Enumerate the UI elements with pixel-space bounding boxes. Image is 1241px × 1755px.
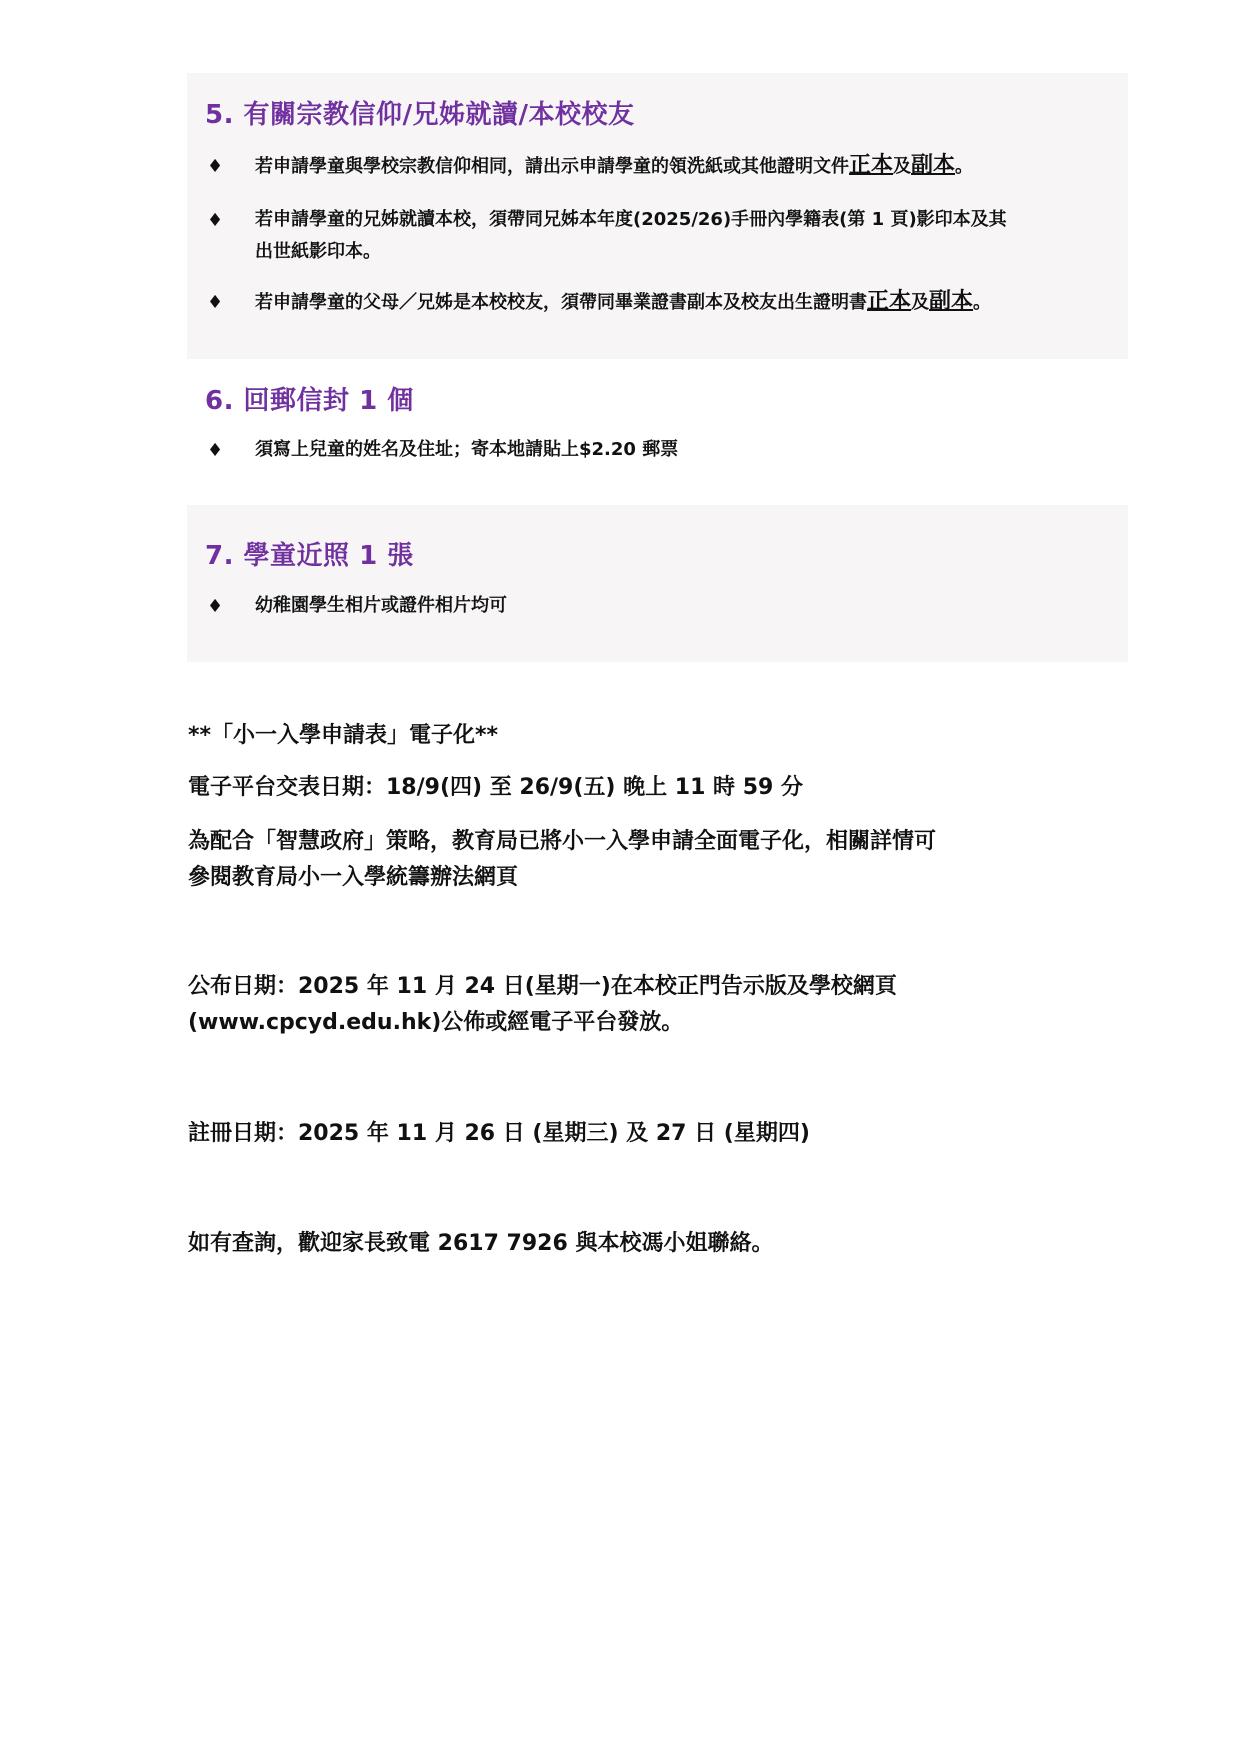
register-date: 註冊日期：2025 年 11 月 26 日 (星期三) 及 27 日 (星期四)	[188, 1116, 810, 1152]
diamond-bullet-icon: ♦	[207, 210, 223, 231]
section-6-heading: 6. 回郵信封 1 個	[205, 380, 414, 417]
diamond-bullet-icon: ♦	[207, 292, 223, 313]
announce-date: 公布日期：2025 年 11 月 24 日(星期一)在本校正門告示版及學校網頁 …	[188, 969, 897, 1041]
eform-title: **「小一入學申請表」電子化**	[188, 718, 498, 754]
section-7-box	[187, 505, 1128, 662]
section-5-heading: 5. 有關宗教信仰/兄姊就讀/本校校友	[205, 94, 635, 131]
section-7-heading: 7. 學童近照 1 張	[205, 535, 414, 572]
eform-dates: 電子平台交表日期：18/9(四) 至 26/9(五) 晚上 11 時 59 分	[188, 770, 803, 806]
eform-desc: 為配合「智慧政府」策略，教育局已將小一入學申請全面電子化，相關詳情可 參閱教育局…	[188, 824, 936, 896]
diamond-bullet-icon: ♦	[207, 156, 223, 177]
diamond-bullet-icon: ♦	[207, 596, 223, 617]
contact-info: 如有查詢，歡迎家長致電 2617 7926 與本校馮小姐聯絡。	[188, 1226, 773, 1262]
diamond-bullet-icon: ♦	[207, 440, 223, 461]
